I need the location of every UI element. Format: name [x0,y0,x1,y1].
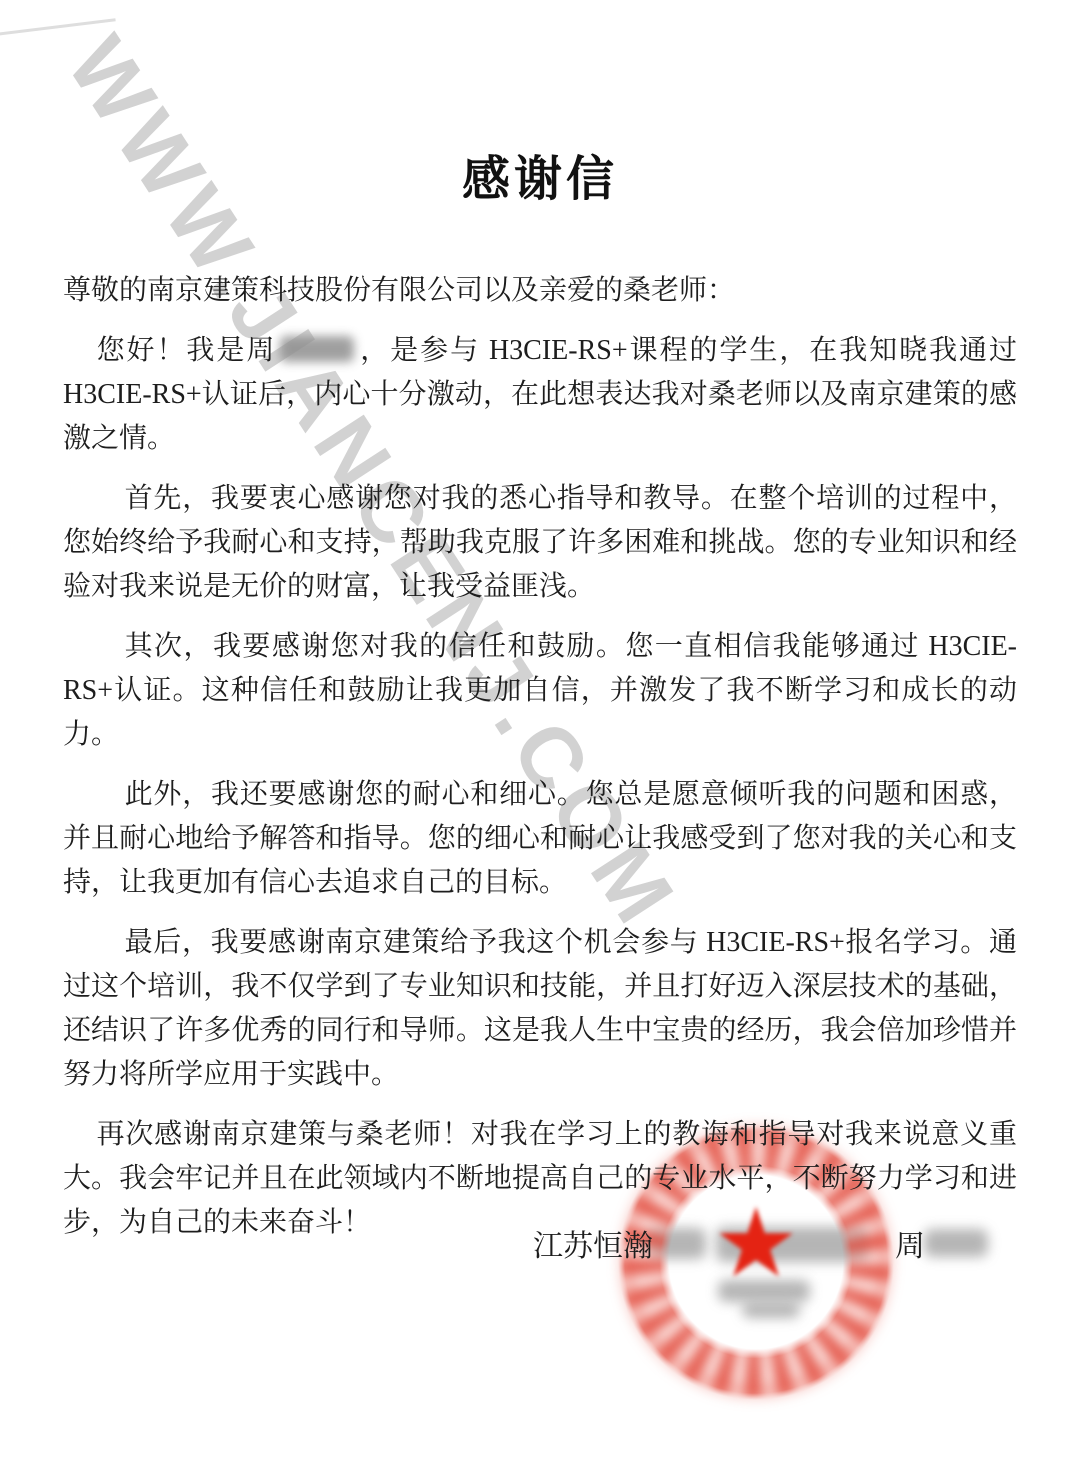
text-run: 其次，我要感谢您对我的信任和鼓励。您一直相信我能够通过 H3CIE-RS+认证。… [63,631,1017,750]
redacted-name [280,336,354,362]
text-run: 再次感谢南京建策与桑老师！对我在学习上的教诲和指导对我来说意义重大。我会牢记并且… [63,1119,1017,1238]
text-run: 此外，我还要感谢您的耐心和细心。您总是愿意倾听我的问题和困惑，并且耐心地给予解答… [63,779,1017,898]
paragraph: 首先，我要衷心感谢您对我的悉心指导和教导。在整个培训的过程中，您始终给予我耐心和… [63,477,1017,609]
letter-content: 感谢信 尊敬的南京建策科技股份有限公司以及亲爱的桑老师： 您好！我是周，是参与 … [0,0,1080,1245]
paragraph: 您好！我是周，是参与 H3CIE-RS+课程的学生，在我知晓我通过 H3CIE-… [63,329,1017,461]
text-run: 首先，我要衷心感谢您对我的悉心指导和教导。在整个培训的过程中，您始终给予我耐心和… [63,483,1017,602]
letter-body: 您好！我是周，是参与 H3CIE-RS+课程的学生，在我知晓我通过 H3CIE-… [63,329,1017,1245]
letter-page: ★ WWW.JIANCENJ.COM 感谢信 尊敬的南京建策科技股份有限公司以及… [0,0,1080,1461]
paragraph: 最后，我要感谢南京建策给予我这个机会参与 H3CIE-RS+报名学习。通过这个培… [63,921,1017,1097]
paragraph: 此外，我还要感谢您的耐心和细心。您总是愿意倾听我的问题和困惑，并且耐心地给予解答… [63,773,1017,905]
signature-company: 江苏恒瀚 [533,1229,653,1265]
paragraph: 再次感谢南京建策与桑老师！对我在学习上的教诲和指导对我来说意义重大。我会牢记并且… [63,1113,1017,1245]
letter-title: 感谢信 [63,0,1017,209]
text-run: 最后，我要感谢南京建策给予我这个机会参与 H3CIE-RS+报名学习。通过这个培… [63,927,1017,1090]
paragraph: 其次，我要感谢您对我的信任和鼓励。您一直相信我能够通过 H3CIE-RS+认证。… [63,625,1017,757]
signature-signer: 周 [895,1229,925,1265]
text-run: 您好！我是周 [97,335,277,366]
salutation-line: 尊敬的南京建策科技股份有限公司以及亲爱的桑老师： [63,269,1017,313]
